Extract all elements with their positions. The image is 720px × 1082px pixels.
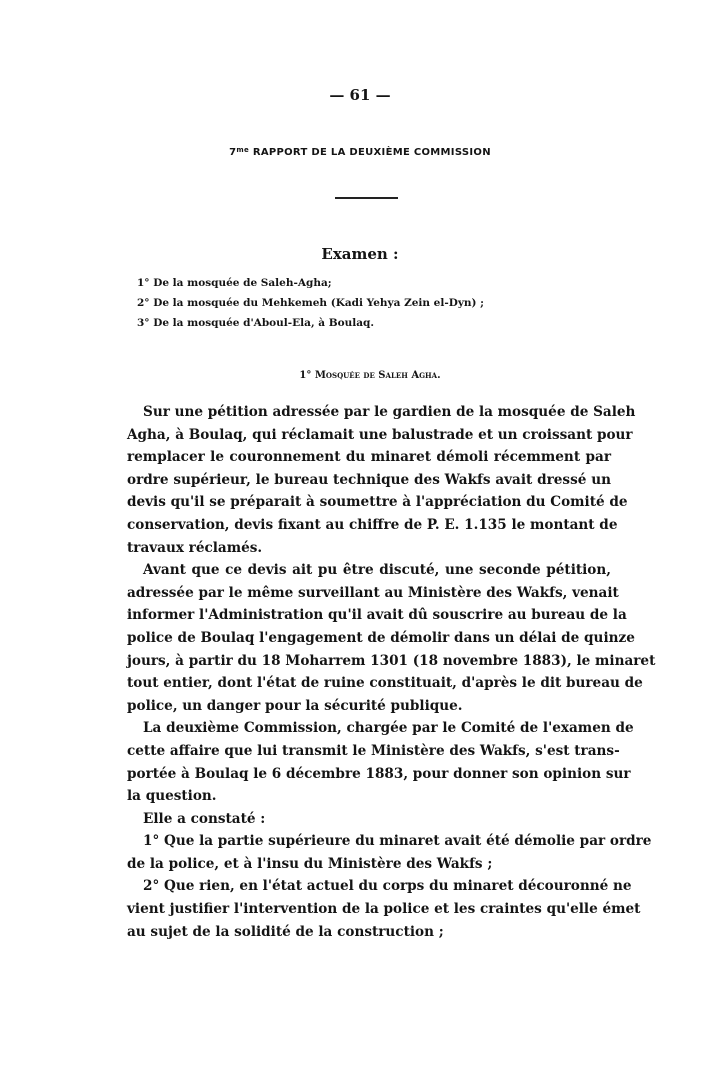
text-line: La deuxième Commission, chargée par le C… <box>127 717 611 740</box>
text-line: 1° Que la partie supérieure du minaret a… <box>127 830 611 853</box>
report-title-ordinal-suffix: me <box>236 146 249 154</box>
text-line: cette affaire que lui transmit le Minist… <box>127 740 611 763</box>
text-line: la question. <box>127 785 611 808</box>
text-line: portée à Boulaq le 6 décembre 1883, pour… <box>127 763 611 786</box>
text-line: Sur une pétition adressée par le gardien… <box>127 401 611 424</box>
paragraph: Sur une pétition adressée par le gardien… <box>127 401 611 559</box>
text-line: vient justifier l'intervention de la pol… <box>127 898 611 921</box>
examination-list: 1° De la mosquée de Saleh-Agha; 2° De la… <box>137 273 484 333</box>
text-line: conservation, devis fixant au chiffre de… <box>127 514 611 537</box>
paragraph: 1° Que la partie supérieure du minaret a… <box>127 830 611 875</box>
examination-list-item: 2° De la mosquée du Mehkemeh (Kadi Yehya… <box>137 293 484 313</box>
text-line: Elle a constaté : <box>127 808 611 831</box>
text-line: jours, à partir du 18 Moharrem 1301 (18 … <box>127 650 611 673</box>
text-line: tout entier, dont l'état de ruine consti… <box>127 672 611 695</box>
text-line: adressée par le même surveillant au Mini… <box>127 582 611 605</box>
page-number: — 61 — <box>0 86 720 104</box>
paragraph: La deuxième Commission, chargée par le C… <box>127 717 611 807</box>
text-line: 2° Que rien, en l'état actuel du corps d… <box>127 875 611 898</box>
examination-list-item: 3° De la mosquée d'Aboul-Ela, à Boulaq. <box>137 313 484 333</box>
text-line: police de Boulaq l'engagement de démolir… <box>127 627 611 650</box>
report-title: 7me RAPPORT DE LA DEUXIÈME COMMISSION <box>0 146 720 158</box>
examination-list-item: 1° De la mosquée de Saleh-Agha; <box>137 273 484 293</box>
text-line: informer l'Administration qu'il avait dû… <box>127 604 611 627</box>
text-line: devis qu'il se préparait à soumettre à l… <box>127 491 611 514</box>
text-line: police, un danger pour la sécurité publi… <box>127 695 611 718</box>
divider-rule <box>335 197 398 199</box>
text-line: Avant que ce devis ait pu être discuté, … <box>127 559 611 582</box>
body-text: Sur une pétition adressée par le gardien… <box>127 401 611 943</box>
examen-heading: Examen : <box>0 245 720 263</box>
paragraph: Elle a constaté : <box>127 808 611 831</box>
text-line: Agha, à Boulaq, qui réclamait une balust… <box>127 424 611 447</box>
text-line: travaux réclamés. <box>127 537 611 560</box>
paragraph: Avant que ce devis ait pu être discuté, … <box>127 559 611 717</box>
report-title-text: RAPPORT DE LA DEUXIÈME COMMISSION <box>249 147 491 158</box>
text-line: ordre supérieur, le bureau technique des… <box>127 469 611 492</box>
text-line: remplacer le couronnement du minaret dém… <box>127 446 611 469</box>
paragraph: 2° Que rien, en l'état actuel du corps d… <box>127 875 611 943</box>
text-line: au sujet de la solidité de la constructi… <box>127 921 611 944</box>
document-page: — 61 — 7me RAPPORT DE LA DEUXIÈME COMMIS… <box>0 0 720 1082</box>
section-heading: 1° Mosquée de Saleh Agha. <box>0 370 720 381</box>
text-line: de la police, et à l'insu du Ministère d… <box>127 853 611 876</box>
